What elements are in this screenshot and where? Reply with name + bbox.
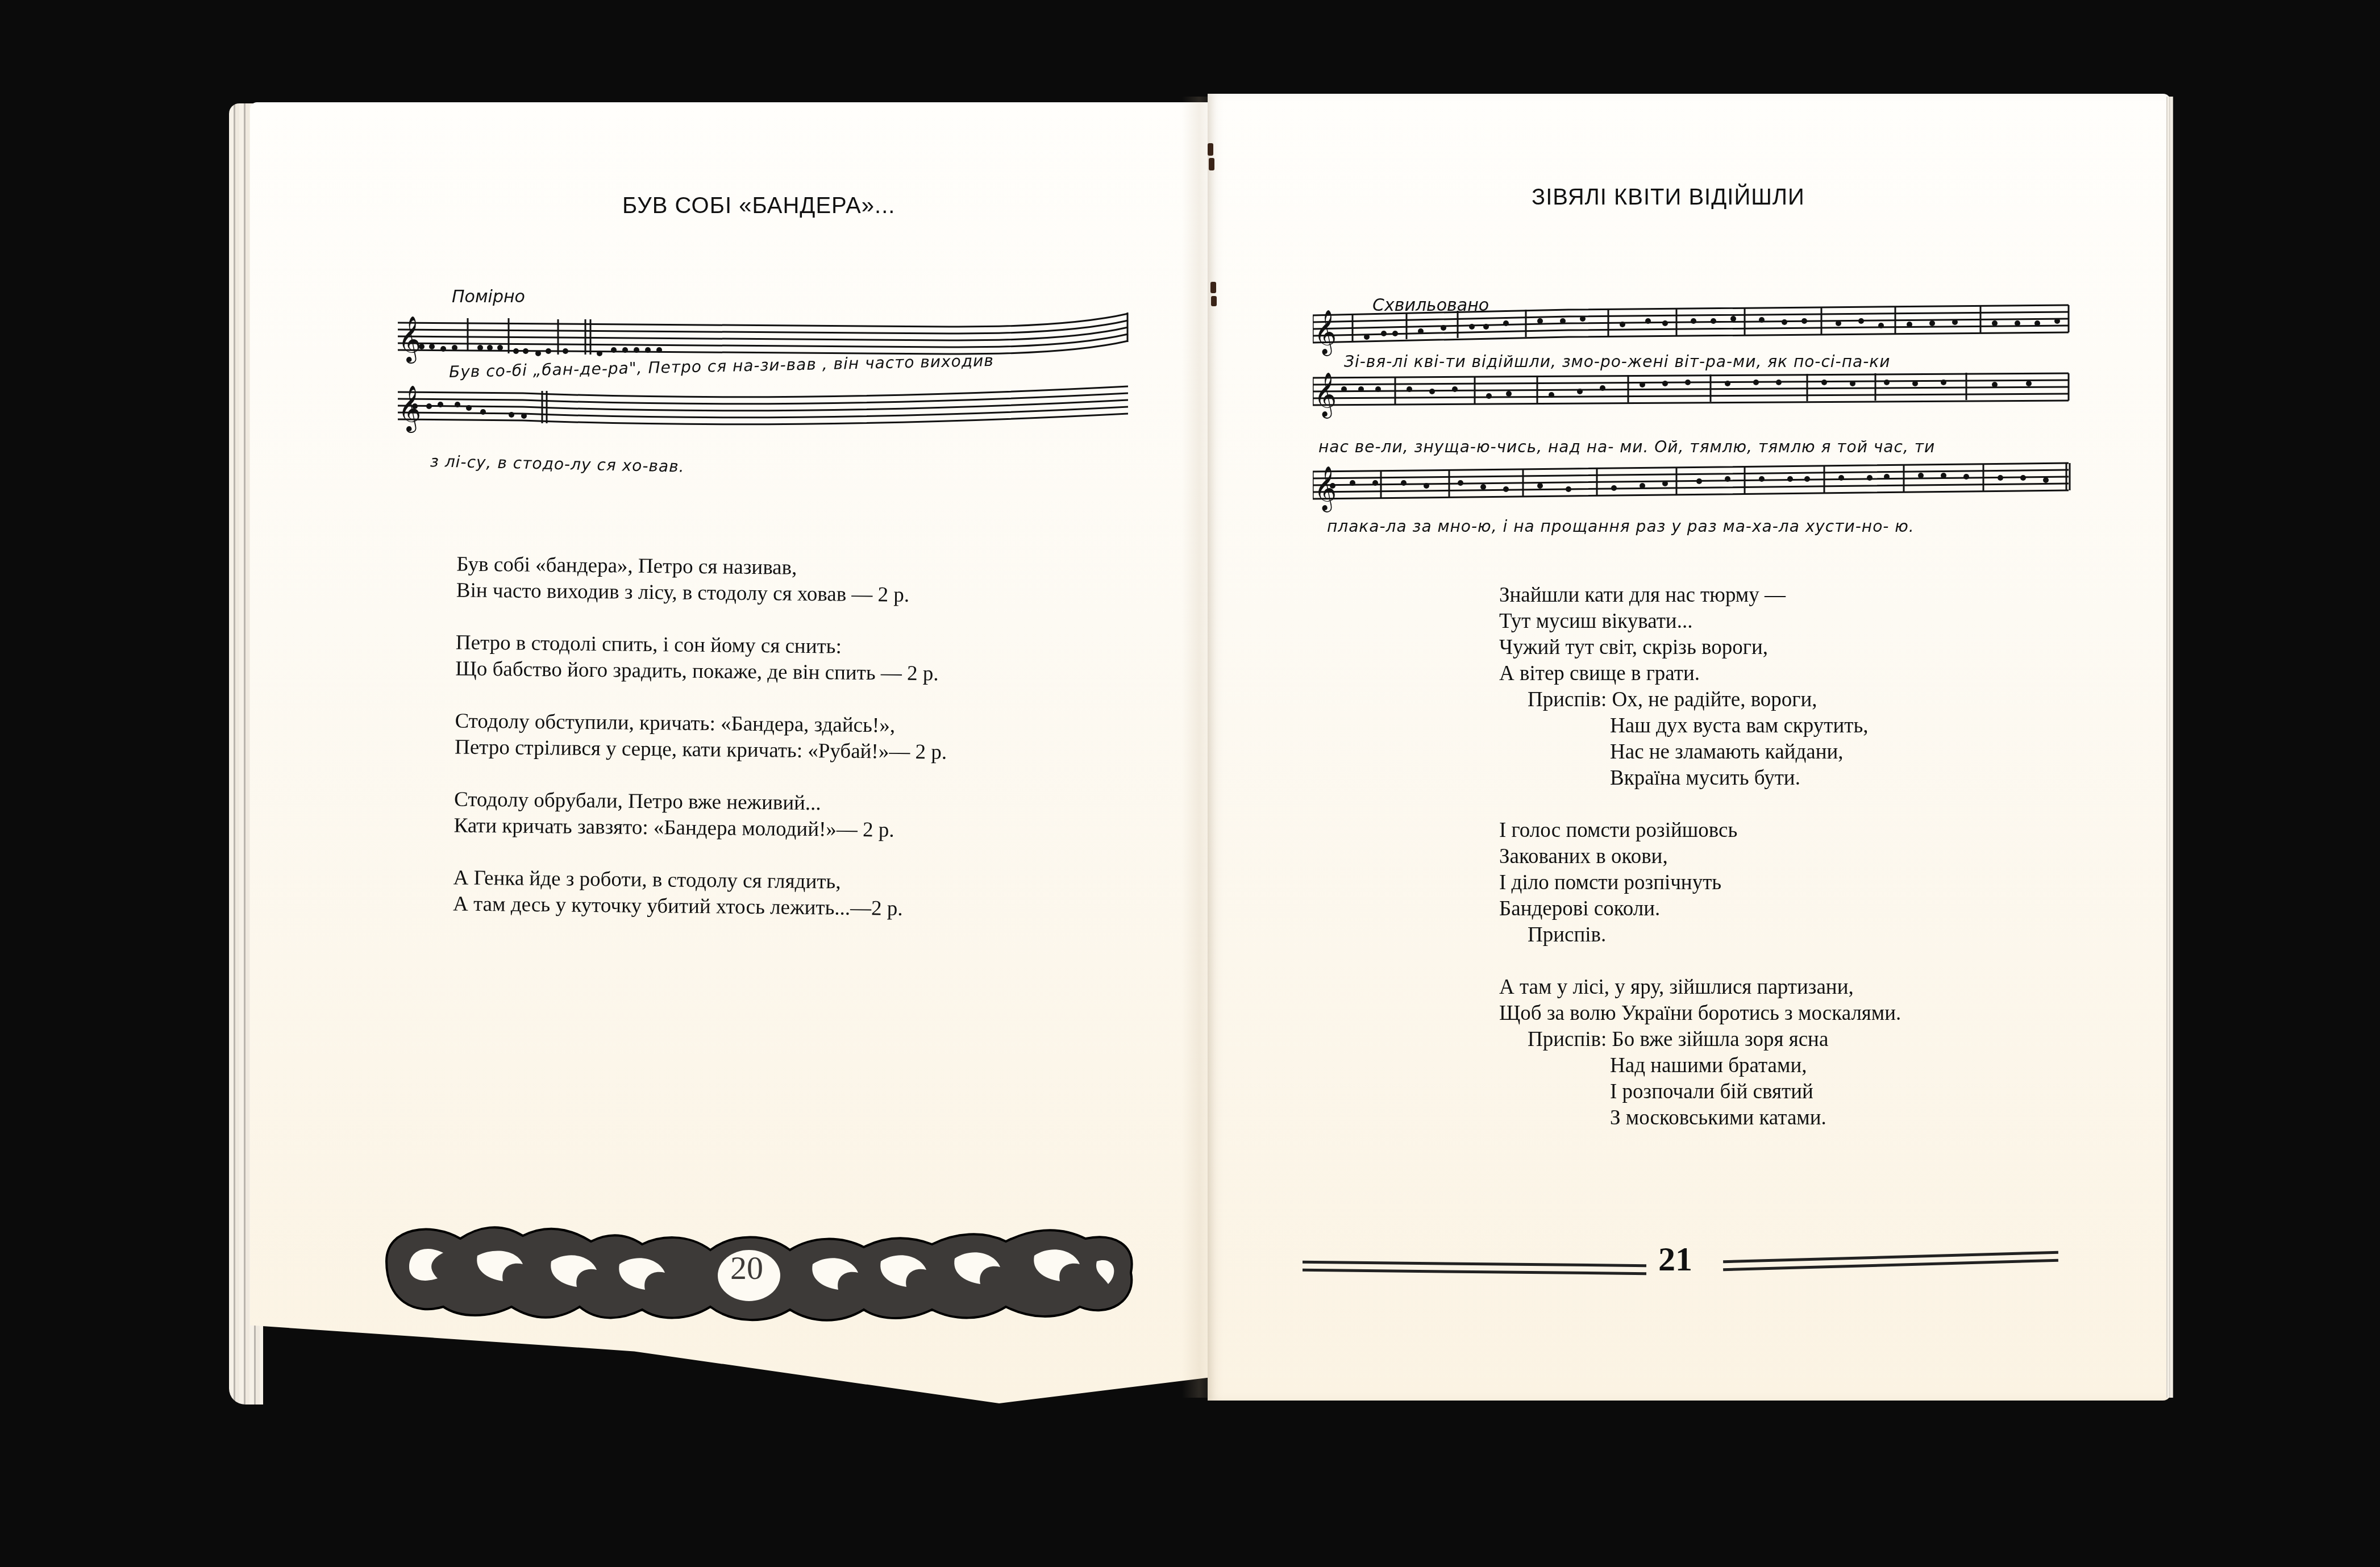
verse-line: І голос помсти розійшовсь xyxy=(1499,818,1901,844)
svg-text:𝄞: 𝄞 xyxy=(398,385,421,433)
svg-text:𝄞: 𝄞 xyxy=(1314,466,1337,512)
svg-text:𝄞: 𝄞 xyxy=(1314,310,1337,356)
open-songbook: БУВ СОБІ «БАНДЕРА»... Помірно 𝄞 𝄞 Був со… xyxy=(0,0,2380,1567)
staff-lyrics: нас ве-ли, знуща-ю-чись, над на- ми. Ой,… xyxy=(1318,437,1935,456)
verse-line: Закованих в окови, xyxy=(1499,844,1901,870)
stanza: Стодолу обрубали, Петро вже неживий... К… xyxy=(453,786,946,844)
right-page-edges xyxy=(2166,97,2173,1398)
music-staff: 𝄞 𝄞 𝄞 xyxy=(1313,298,2074,537)
staff-lyrics: плака-ла за мно-ю, і на прощання раз у р… xyxy=(1327,517,1915,536)
verse-line: Тут мусиш вікувати... xyxy=(1499,609,1901,635)
binding-stitch xyxy=(1210,282,1216,293)
stanza: Був собі «бандера», Петро ся називав, Ві… xyxy=(456,551,949,609)
song-title: БУВ СОБІ «БАНДЕРА»... xyxy=(622,193,895,219)
stanza: І голос помсти розійшовсь Закованих в ок… xyxy=(1499,818,1901,948)
binding-stitch xyxy=(1209,158,1214,170)
chorus-line: Вкраїна мусить бути. xyxy=(1499,765,1901,791)
verse-line: А вітер свище в грати. xyxy=(1499,661,1901,687)
verse-line: Він часто виходив з лісу, в стодолу ся х… xyxy=(456,577,948,609)
chorus-line: З московськими катами. xyxy=(1499,1105,1901,1131)
stanza: А Генка йде з роботи, в стодолу ся гляди… xyxy=(453,865,946,922)
song-verses: Був собі «бандера», Петро ся називав, Ві… xyxy=(452,551,948,948)
stanza: Знайшли кати для нас тюрму — Тут мусиш в… xyxy=(1499,582,1901,791)
verse-line: А там десь у куточку убитий хтось лежить… xyxy=(453,891,945,922)
chorus-line: Приспів: Ох, не радійте, вороги, xyxy=(1499,687,1901,713)
verse-line: Бандерові соколи. xyxy=(1499,896,1901,922)
song-title: ЗІВЯЛІ КВІТИ ВІДІЙШЛИ xyxy=(1532,185,1805,210)
stanza: А там у лісі, у яру, зійшлися партизани,… xyxy=(1499,974,1901,1131)
chorus-line: І розпочали бій святий xyxy=(1499,1079,1901,1105)
verse-line: Кати кричать завзято: «Бандера молодий!»… xyxy=(453,812,946,844)
svg-text:𝄞: 𝄞 xyxy=(1314,372,1337,419)
chorus-line: Приспів: Бо вже зійшла зоря ясна xyxy=(1499,1027,1901,1053)
music-staff: 𝄞 𝄞 xyxy=(398,295,1131,477)
page-number: 20 xyxy=(730,1249,763,1287)
chorus-line: Над нашими братами, xyxy=(1499,1053,1901,1079)
chorus-line: Нас не зламають кайдани, xyxy=(1499,739,1901,765)
verse-line: Петро стрілився у серце, кати кричать: «… xyxy=(455,734,947,765)
binding-stitch xyxy=(1211,296,1217,306)
verse-line: Знайшли кати для нас тюрму — xyxy=(1499,582,1901,609)
svg-text:𝄞: 𝄞 xyxy=(398,315,421,364)
verse-line: І діло помсти розпічнуть xyxy=(1499,870,1901,896)
chorus-line: Наш дух вуста вам скрутить, xyxy=(1499,713,1901,739)
verse-line: А там у лісі, у яру, зійшлися партизани, xyxy=(1499,974,1901,1001)
staff-lyrics: Зі-вя-лі кві-ти відійшли, змо-ро-жені ві… xyxy=(1344,352,1890,371)
page-number: 21 xyxy=(1658,1240,1692,1279)
stanza: Стодолу обступили, кричать: «Бандера, зд… xyxy=(455,708,947,765)
song-verses: Знайшли кати для нас тюрму — Тут мусиш в… xyxy=(1499,582,1901,1157)
binding-stitch xyxy=(1208,143,1213,156)
stanza: Петро в стодолі спить, і сон йому ся сни… xyxy=(455,630,948,687)
verse-line: Чужий тут світ, скрізь вороги, xyxy=(1499,635,1901,661)
verse-line: Що бабство його зрадить, покаже, де він … xyxy=(455,656,947,687)
chorus-line: Приспів. xyxy=(1499,922,1901,948)
verse-line: Щоб за волю України боротись з москалями… xyxy=(1499,1001,1901,1027)
